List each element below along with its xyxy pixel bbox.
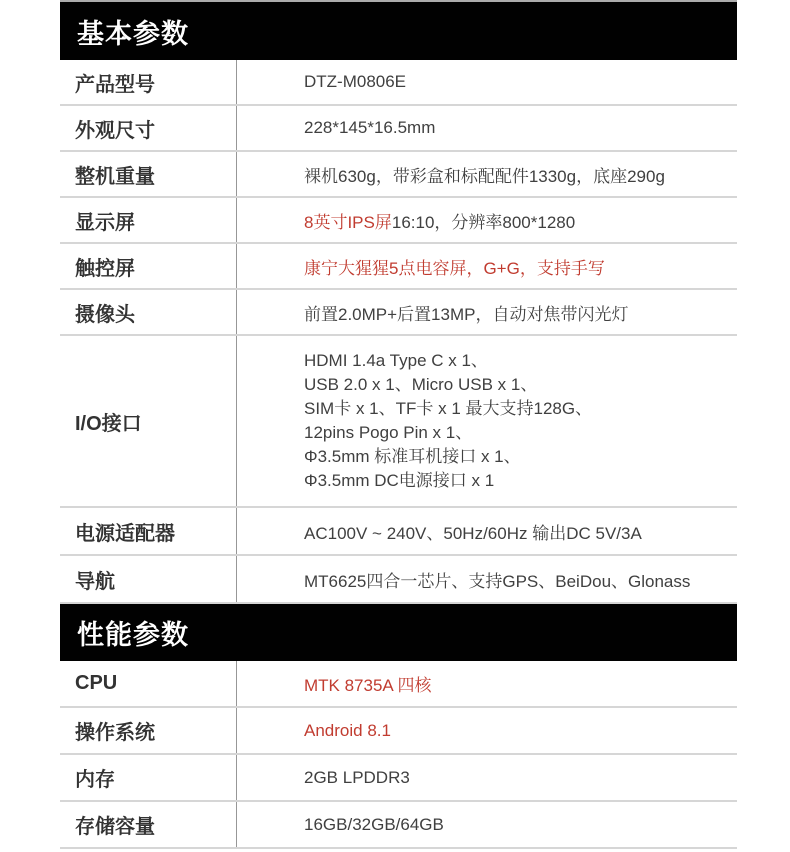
spec-value-storage: 16GB/32GB/64GB (237, 802, 737, 847)
value-text: 16GB/32GB/64GB (304, 815, 444, 835)
spec-value-os: Android 8.1 (237, 708, 737, 753)
basic-rows: 产品型号 DTZ-M0806E 外观尺寸 228*145*16.5mm 整机重量… (60, 60, 737, 604)
spec-value-memory: 2GB LPDDR3 (237, 755, 737, 800)
spec-row-touchscreen: 触控屏 康宁大猩猩5点电容屏，G+G，支持手写 (60, 244, 737, 290)
spec-row-camera: 摄像头 前置2.0MP+后置13MP，自动对焦带闪光灯 (60, 290, 737, 336)
io-line-4: 12pins Pogo Pin x 1、 (304, 421, 472, 445)
spec-row-power-adapter: 电源适配器 AC100V ~ 240V、50Hz/60Hz 输出DC 5V/3A (60, 508, 737, 556)
value-highlight: 康宁大猩猩5点电容屏，G+G，支持手写 (304, 254, 605, 279)
spec-value-product-model: DTZ-M0806E (237, 60, 737, 104)
spec-row-storage: 存储容量 16GB/32GB/64GB (60, 802, 737, 849)
value-highlight: MTK 8735A 四核 (304, 671, 432, 696)
spec-row-io-ports: I/O接口 HDMI 1.4a Type C x 1、 USB 2.0 x 1、… (60, 336, 737, 508)
value-text: 228*145*16.5mm (304, 118, 435, 138)
spec-label-product-model: 产品型号 (60, 60, 237, 104)
spec-row-dimensions: 外观尺寸 228*145*16.5mm (60, 106, 737, 152)
section-header-performance: 性能参数 (60, 604, 737, 661)
io-line-2: USB 2.0 x 1、Micro USB x 1、 (304, 373, 537, 397)
spec-label-os: 操作系统 (60, 708, 237, 753)
spec-row-weight: 整机重量 裸机630g，带彩盒和标配配件1330g，底座290g (60, 152, 737, 198)
spec-row-product-model: 产品型号 DTZ-M0806E (60, 60, 737, 106)
io-line-5: Φ3.5mm 标准耳机接口 x 1、 (304, 445, 521, 469)
spec-label-cpu: CPU (60, 661, 237, 706)
spec-row-memory: 内存 2GB LPDDR3 (60, 755, 737, 802)
value-text: DTZ-M0806E (304, 72, 406, 92)
spec-value-camera: 前置2.0MP+后置13MP，自动对焦带闪光灯 (237, 290, 737, 334)
spec-value-power-adapter: AC100V ~ 240V、50Hz/60Hz 输出DC 5V/3A (237, 508, 737, 554)
spec-row-os: 操作系统 Android 8.1 (60, 708, 737, 755)
value-highlight: Android 8.1 (304, 721, 391, 741)
spec-row-cpu: CPU MTK 8735A 四核 (60, 661, 737, 708)
spec-label-dimensions: 外观尺寸 (60, 106, 237, 150)
product-spec-sheet: 基本参数 产品型号 DTZ-M0806E 外观尺寸 228*145*16.5mm… (0, 0, 790, 852)
spec-label-camera: 摄像头 (60, 290, 237, 334)
io-line-6: Φ3.5mm DC电源接口 x 1 (304, 469, 494, 493)
section-title-performance: 性能参数 (77, 613, 189, 652)
spec-label-display: 显示屏 (60, 198, 237, 242)
value-text: MT6625四合一芯片、支持GPS、BeiDou、Glonass (304, 567, 690, 592)
spec-value-navigation: MT6625四合一芯片、支持GPS、BeiDou、Glonass (237, 556, 737, 602)
spec-value-touchscreen: 康宁大猩猩5点电容屏，G+G，支持手写 (237, 244, 737, 288)
spec-label-navigation: 导航 (60, 556, 237, 602)
spec-row-display: 显示屏 8英寸IPS屏 16:10，分辨率800*1280 (60, 198, 737, 244)
spec-value-display: 8英寸IPS屏 16:10，分辨率800*1280 (237, 198, 737, 242)
value-text: 前置2.0MP+后置13MP，自动对焦带闪光灯 (304, 300, 628, 325)
spec-table: 基本参数 产品型号 DTZ-M0806E 外观尺寸 228*145*16.5mm… (60, 0, 737, 849)
io-line-1: HDMI 1.4a Type C x 1、 (304, 349, 488, 373)
performance-rows: CPU MTK 8735A 四核 操作系统 Android 8.1 内存 2GB… (60, 661, 737, 849)
spec-label-weight: 整机重量 (60, 152, 237, 196)
spec-value-weight: 裸机630g，带彩盒和标配配件1330g，底座290g (237, 152, 737, 196)
value-text: 16:10，分辨率800*1280 (392, 208, 575, 233)
value-text: 裸机630g，带彩盒和标配配件1330g，底座290g (304, 162, 665, 187)
spec-label-io-ports: I/O接口 (60, 336, 237, 506)
spec-label-touchscreen: 触控屏 (60, 244, 237, 288)
spec-label-power-adapter: 电源适配器 (60, 508, 237, 554)
section-header-basic: 基本参数 (60, 0, 737, 60)
value-text: AC100V ~ 240V、50Hz/60Hz 输出DC 5V/3A (304, 519, 642, 544)
section-title-basic: 基本参数 (77, 12, 189, 51)
io-line-3: SIM卡 x 1、TF卡 x 1 最大支持128G、 (304, 397, 592, 421)
value-text: 2GB LPDDR3 (304, 768, 410, 788)
spec-label-storage: 存储容量 (60, 802, 237, 847)
spec-row-navigation: 导航 MT6625四合一芯片、支持GPS、BeiDou、Glonass (60, 556, 737, 604)
spec-value-cpu: MTK 8735A 四核 (237, 661, 737, 706)
spec-label-memory: 内存 (60, 755, 237, 800)
value-highlight: 8英寸IPS屏 (304, 208, 392, 233)
spec-value-io-ports: HDMI 1.4a Type C x 1、 USB 2.0 x 1、Micro … (237, 336, 737, 506)
spec-value-dimensions: 228*145*16.5mm (237, 106, 737, 150)
